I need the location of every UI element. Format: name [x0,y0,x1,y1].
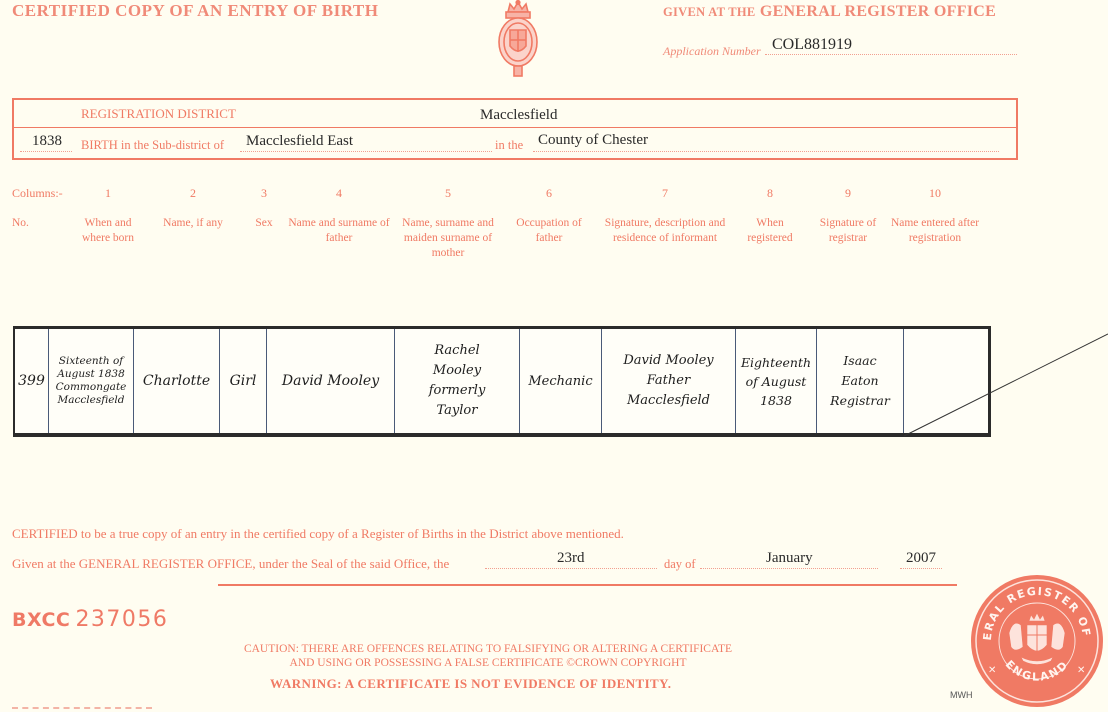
royal-crest-icon [490,0,546,80]
given-at-statement: Given at the GENERAL REGISTER OFFICE, un… [12,556,449,572]
year-underline [20,151,72,152]
serial-number: 237056 [75,607,168,632]
county-underline [533,151,999,152]
certification-month: January [766,550,813,567]
column-number: 2 [173,186,213,201]
general-register-office-seal-icon: GENERAL REGISTER OFFICE ENGLAND ✕ ✕ [969,573,1105,709]
month-underline [700,568,878,569]
identity-warning: WARNING: A CERTIFICATE IS NOT EVIDENCE O… [270,676,671,692]
entry-when-where-born: Sixteenth of August 1838 Commongate Macc… [49,329,134,433]
registration-year: 1838 [32,133,62,150]
column-number: 3 [244,186,284,201]
column-header: When registered [735,216,805,246]
column-number: 10 [915,186,955,201]
column-header: Occupation of father [509,216,589,246]
svg-text:✕: ✕ [988,665,996,676]
caution-line-1: CAUTION: THERE ARE OFFENCES RELATING TO … [218,642,758,656]
column-number: 8 [750,186,790,201]
entry-sex: Girl [220,329,267,433]
registration-divider [14,127,1016,128]
year-underline-cert [900,568,942,569]
certification-rule [218,584,957,586]
given-at-prefix: GIVEN AT THE [663,5,756,19]
column-header: Name entered after registration [885,216,985,246]
entry-occupation: Mechanic [520,329,602,433]
fine-print-marks [12,707,152,710]
application-number: COL881919 [772,36,852,54]
entry-informant: David Mooley Father Macclesfield [602,329,736,433]
column-header: When and where born [73,216,143,246]
column-number: 4 [319,186,359,201]
column-number: 6 [529,186,569,201]
column-header: Name, surname and maiden surname of moth… [393,216,503,261]
registration-district-label: REGISTRATION DISTRICT [81,106,236,122]
certificate-title: CERTIFIED COPY OF AN ENTRY OF BIRTH [12,1,378,21]
subdistrict-underline [240,151,492,152]
column-header: Signature, description and residence of … [595,216,735,246]
entry-registrar: Isaac Eaton Registrar [817,329,904,433]
certification-day: 23rd [557,550,585,567]
cancellation-line [900,330,1108,440]
svg-text:✕: ✕ [1077,665,1085,676]
application-number-underline [765,54,1017,55]
column-header: Name and surname of father [284,216,394,246]
entry-mother: Rachel Mooley formerly Taylor [395,329,520,433]
registration-district: Macclesfield [480,107,557,124]
certified-statement: CERTIFIED to be a true copy of an entry … [12,526,624,542]
birth-subdistrict-label: BIRTH in the Sub-district of [81,138,224,153]
day-underline [485,568,657,569]
entry-father: David Mooley [267,329,395,433]
column-header: No. [12,216,42,231]
given-at-office: GENERAL REGISTER OFFICE [760,3,996,20]
columns-label: Columns:- [12,186,63,201]
registration-box: REGISTRATION DISTRICT Macclesfield 1838 … [12,98,1018,160]
birth-entry-row: 399 Sixteenth of August 1838 Commongate … [13,326,991,437]
entry-number: 399 [15,329,49,433]
column-number: 1 [88,186,128,201]
sub-district: Macclesfield East [246,133,353,150]
given-at-heading: GIVEN AT THE GENERAL REGISTER OFFICE [663,3,996,21]
entry-when-registered: Eighteenth of August 1838 [736,329,817,433]
application-number-label: Application Number [663,44,761,59]
serial-prefix: BXCC [12,609,70,631]
entry-name: Charlotte [134,329,220,433]
column-number: 7 [645,186,685,201]
certificate-serial: BXCC 237056 [12,607,168,632]
column-header: Name, if any [153,216,233,231]
column-number: 5 [428,186,468,201]
day-of-label: day of [664,557,696,572]
county: County of Chester [538,132,648,149]
column-header: Signature of registrar [808,216,888,246]
caution-line-2: AND USING OR POSSESSING A FALSE CERTIFIC… [218,656,758,670]
in-the-label: in the [495,138,523,153]
certification-year: 2007 [906,550,936,567]
caution-notice: CAUTION: THERE ARE OFFENCES RELATING TO … [218,642,758,670]
column-header: Sex [249,216,279,231]
column-number: 9 [828,186,868,201]
